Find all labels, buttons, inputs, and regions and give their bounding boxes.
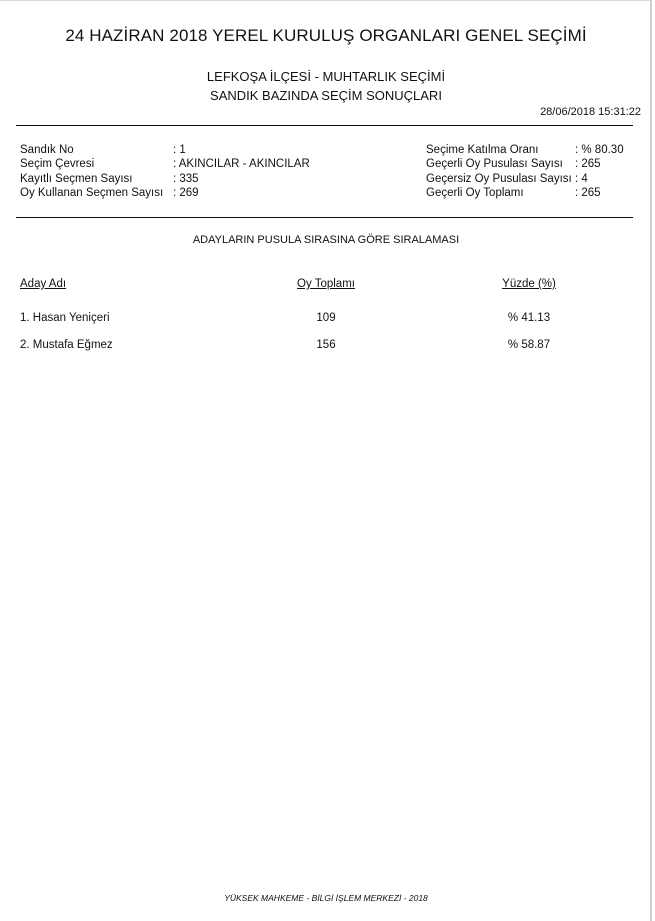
report-subtitle-results: SANDIK BAZINDA SEÇİM SONUÇLARI xyxy=(0,88,652,103)
candidate-votes: 156 xyxy=(316,339,335,351)
info-row-voters-cast: Oy Kullanan Seçmen Sayısı: 269 xyxy=(20,186,310,200)
info-row-invalid-ballots: Geçersiz Oy Pusulası Sayısı: 4 xyxy=(426,172,624,186)
info-row-turnout: Seçime Katılma Oranı: % 80.30 xyxy=(426,143,624,157)
report-title: 24 HAZİRAN 2018 YEREL KURULUŞ ORGANLARI … xyxy=(0,26,652,46)
report-subtitle-district: LEFKOŞA İLÇESİ - MUHTARLIK SEÇİMİ xyxy=(0,69,652,84)
column-header-percent: Yüzde (%) xyxy=(502,278,556,290)
info-row-valid-votes-total: Geçerli Oy Toplamı: 265 xyxy=(426,186,624,200)
candidate-name: 2. Mustafa Eğmez xyxy=(20,339,113,351)
info-row-registered-voters: Kayıtlı Seçmen Sayısı: 335 xyxy=(20,172,310,186)
candidate-votes: 109 xyxy=(316,312,335,324)
column-header-votes: Oy Toplamı xyxy=(297,278,355,290)
ballot-stats: Seçime Katılma Oranı: % 80.30 Geçerli Oy… xyxy=(426,143,624,200)
report-page: 24 HAZİRAN 2018 YEREL KURULUŞ ORGANLARI … xyxy=(0,0,652,921)
divider-top xyxy=(16,125,633,126)
results-section-title: ADAYLARIN PUSULA SIRASINA GÖRE SIRALAMAS… xyxy=(0,234,652,246)
info-row-constituency: Seçim Çevresi: AKINCILAR - AKINCILAR xyxy=(20,157,310,171)
candidate-name: 1. Hasan Yeniçeri xyxy=(20,312,110,324)
divider-bottom xyxy=(16,217,633,218)
candidate-percent: % 58.87 xyxy=(508,339,550,351)
report-footer: YÜKSEK MAHKEME - BİLGİ İŞLEM MERKEZİ - 2… xyxy=(0,893,652,903)
candidate-percent: % 41.13 xyxy=(508,312,550,324)
info-row-valid-ballots: Geçerli Oy Pusulası Sayısı: 265 xyxy=(426,157,624,171)
column-header-candidate: Aday Adı xyxy=(20,278,66,290)
ballot-box-info: Sandık No: 1 Seçim Çevresi: AKINCILAR - … xyxy=(20,143,310,200)
info-row-box-no: Sandık No: 1 xyxy=(20,143,310,157)
report-timestamp: 28/06/2018 15:31:22 xyxy=(540,106,641,118)
